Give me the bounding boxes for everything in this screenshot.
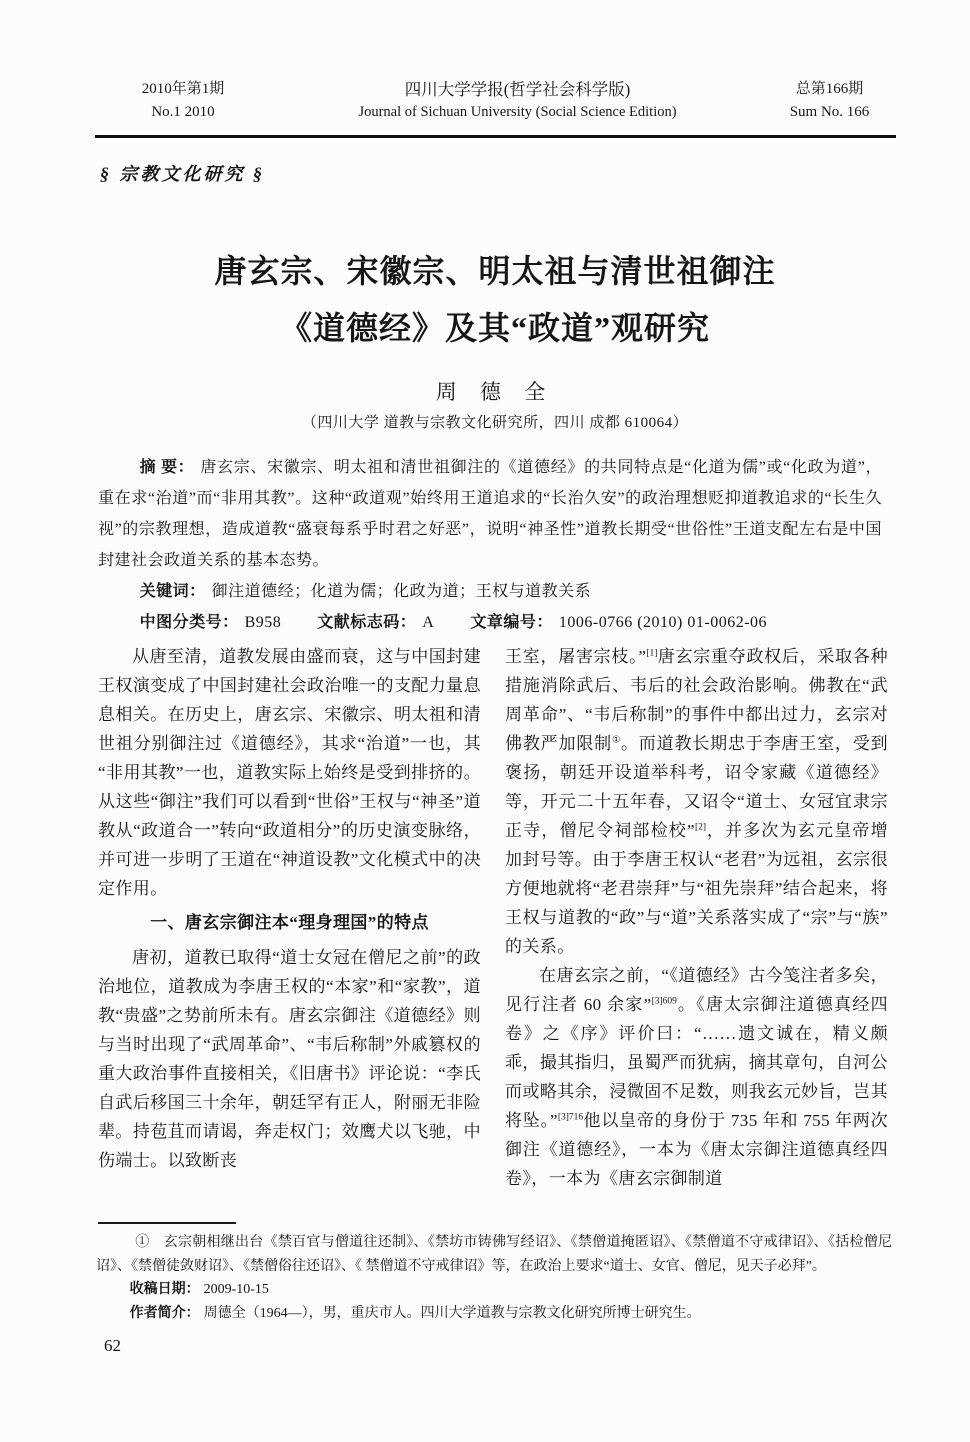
doc-code-label: 文献标志码： [317,614,416,631]
doc-code-value: A [422,614,434,631]
keywords-label: 关键词： [140,583,206,600]
paragraph-continuation: 王室，屠害宗枝。”[1]唐玄宗重夺政权后，采取各种措施消除武后、韦后的社会政治影… [505,642,888,961]
author-bio: 作者简介：周德全（1964—），男，重庆市人。四川大学道教与宗教文化研究所博士研… [96,1302,892,1326]
author-bio-value: 周德全（1964—），男，重庆市人。四川大学道教与宗教文化研究所博士研究生。 [204,1306,701,1321]
paragraph-commentaries: 在唐玄宗之前，“《道德经》古今笺注者多矣，见行注者 60 余家”[3]609。《… [505,961,888,1193]
clc-value: B958 [245,614,282,631]
column-right: 王室，屠害宗枝。”[1]唐玄宗重夺政权后，采取各种措施消除武后、韦后的社会政治影… [505,642,888,1193]
abstract-label: 摘 要： [140,459,195,476]
journal-name-en: Journal of Sichuan University (Social Sc… [268,101,767,124]
journal-page: 2010年第1期 No.1 2010 四川大学学报(哲学社会科学版) Journ… [0,0,970,1442]
sum-number-cn: 总第166期 [767,78,892,101]
clc-label: 中图分类号： [140,614,239,631]
footnote-area: ① 玄宗朝相继出台《禁百官与僧道往还制》、《禁坊市铸佛写经诏》、《禁僧道掩匿诏》… [96,1231,892,1325]
article-id-value: 1006-0766 (2010) 01-0062-06 [559,614,767,631]
sum-info: 总第166期 Sum No. 166 [767,78,892,124]
classification-line: 中图分类号：B958文献标志码：A文章编号：1006-0766 (2010) 0… [98,607,882,638]
footnote-rule [98,1222,236,1224]
section-tag: § 宗教文化研究 § [100,160,265,186]
author-name: 周 德 全 [98,376,892,406]
keywords-text: 御注道德经；化道为儒；化政为道；王权与道教关系 [212,583,592,600]
abstract: 摘 要：唐玄宗、宋徽宗、明太祖和清世祖御注的《道德经》的共同特点是“化道为儒”或… [98,452,882,576]
author-bio-label: 作者简介： [130,1306,200,1321]
author-affiliation: （四川大学 道教与宗教文化研究所，四川 成都 610064） [98,411,892,432]
masthead-rule [95,135,896,138]
issue-number-en: No.1 2010 [98,101,268,124]
issue-number-cn: 2010年第1期 [98,78,268,101]
article-title-line2: 《道德经》及其“政道”观研究 [280,310,710,346]
paragraph-tang-early: 唐初，道教已取得“道士女冠在僧尼之前”的政治地位，道教成为李唐王权的“本家”和“… [98,943,481,1175]
keywords: 关键词：御注道德经；化道为儒；化政为道；王权与道教关系 [98,576,882,607]
page-number: 62 [104,1336,121,1356]
paragraph-intro: 从唐至清，道教发展由盛而衰，这与中国封建王权演变成了中国封建社会政治唯一的支配力… [98,642,481,903]
article-body: 从唐至清，道教发展由盛而衰，这与中国封建王权演变成了中国封建社会政治唯一的支配力… [98,642,888,1193]
article-meta: 摘 要：唐玄宗、宋徽宗、明太祖和清世祖御注的《道德经》的共同特点是“化道为儒”或… [98,452,882,638]
issue-info: 2010年第1期 No.1 2010 [98,78,268,124]
received-date-label: 收稿日期： [130,1282,200,1297]
article-title: 唐玄宗、宋徽宗、明太祖与清世祖御注《道德经》及其“政道”观研究 [98,243,892,357]
article-id-label: 文章编号： [470,614,553,631]
received-date: 收稿日期：2009-10-15 [96,1278,892,1302]
journal-masthead: 2010年第1期 No.1 2010 四川大学学报(哲学社会科学版) Journ… [98,78,892,124]
journal-name-cn: 四川大学学报(哲学社会科学版) [268,78,767,101]
abstract-text: 唐玄宗、宋徽宗、明太祖和清世祖御注的《道德经》的共同特点是“化道为儒”或“化政为… [98,459,882,569]
received-date-value: 2009-10-15 [204,1282,269,1297]
section-heading-1: 一、唐玄宗御注本“理身理国”的特点 [98,903,481,943]
sum-number-en: Sum No. 166 [767,101,892,124]
column-left: 从唐至清，道教发展由盛而衰，这与中国封建王权演变成了中国封建社会政治唯一的支配力… [98,642,481,1193]
journal-name: 四川大学学报(哲学社会科学版) Journal of Sichuan Unive… [268,78,767,124]
article-title-line1: 唐玄宗、宋徽宗、明太祖与清世祖御注 [214,253,775,289]
footnote-1: ① 玄宗朝相继出台《禁百官与僧道往还制》、《禁坊市铸佛写经诏》、《禁僧道掩匿诏》… [96,1231,892,1278]
